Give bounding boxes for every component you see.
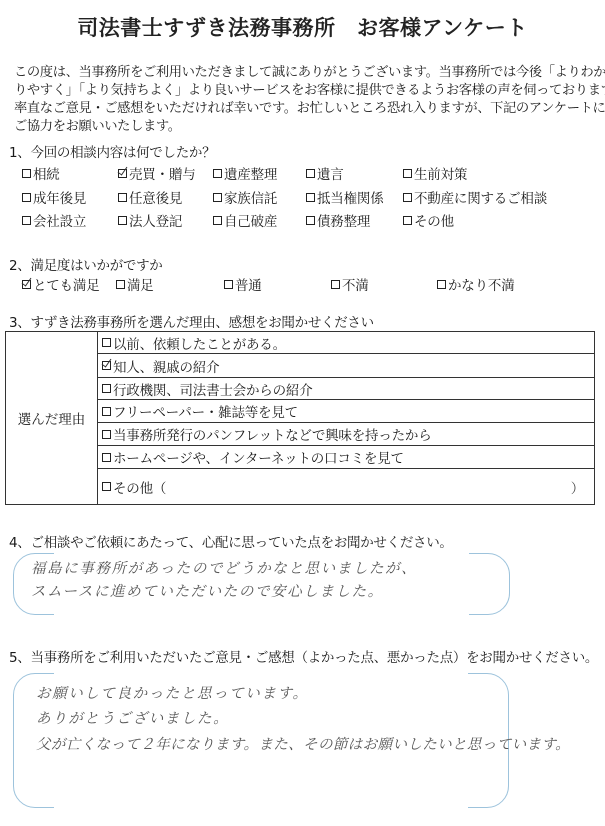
option-label: 行政機関、司法書士会からの紹介 (113, 379, 313, 399)
checkbox-icon[interactable] (306, 216, 315, 225)
option-label: 満足 (127, 274, 154, 294)
option-label: 相続 (33, 163, 60, 183)
checkbox-icon[interactable] (331, 280, 340, 289)
q1-option-seinen-kouken[interactable]: 成年後見 (22, 187, 86, 207)
q1-option-isan-seiri[interactable]: 遺産整理 (213, 163, 277, 183)
q1-option-teitouken[interactable]: 抵当権関係 (306, 187, 384, 207)
option-label: 債務整理 (317, 210, 370, 230)
checkbox-icon[interactable] (213, 169, 222, 178)
option-label: 売買・贈与 (129, 163, 196, 183)
checkbox-icon[interactable] (224, 280, 233, 289)
q2-option-manzoku[interactable]: 満足 (116, 274, 154, 294)
checkbox-icon[interactable] (306, 193, 315, 202)
checkbox-icon[interactable] (403, 216, 412, 225)
checkbox-icon[interactable] (213, 216, 222, 225)
checkbox-checked-icon[interactable] (22, 280, 31, 289)
option-label: 不満 (342, 274, 369, 294)
q5-answer-line-2: ありがとうございました。 (36, 707, 229, 728)
other-close-paren: ） (571, 477, 584, 497)
q5-answer-line-3: 父が亡くなって２年になります。また、その節はお願いしたいと思っています。 (36, 733, 570, 754)
option-label: 自己破産 (224, 210, 277, 230)
checkbox-icon[interactable] (22, 169, 31, 178)
q1-option-kazoku-shintaku[interactable]: 家族信託 (213, 187, 277, 207)
q1-option-saimu-seiri[interactable]: 債務整理 (306, 210, 370, 230)
q1-option-fudousan[interactable]: 不動産に関するご相談 (403, 187, 547, 207)
reason-option-referral-agency[interactable]: 行政機関、司法書士会からの紹介 (98, 378, 594, 400)
checkbox-icon[interactable] (118, 216, 127, 225)
q1-option-kaisha-setsuritsu[interactable]: 会社設立 (22, 210, 86, 230)
reason-option-previous-request[interactable]: 以前、依頼したことがある。 (98, 332, 594, 354)
option-label: 会社設立 (33, 210, 86, 230)
option-label: 不動産に関するご相談 (414, 187, 547, 207)
q1-option-yuigon[interactable]: 遺言 (306, 163, 344, 183)
q1-option-seizen-taisaku[interactable]: 生前対策 (403, 163, 467, 183)
option-label: 任意後見 (129, 187, 182, 207)
checkbox-icon[interactable] (22, 193, 31, 202)
reason-option-free-paper[interactable]: フリーペーパー・雑誌等を見て (98, 400, 594, 423)
option-label: 成年後見 (33, 187, 86, 207)
checkbox-icon[interactable] (437, 280, 446, 289)
q2-option-futsuu[interactable]: 普通 (224, 274, 262, 294)
intro-line-2: りやすく」「より気持ちよく」より良いサービスをお客様に提供できるようお客様の声を… (14, 82, 605, 100)
option-label: 家族信託 (224, 187, 277, 207)
reason-row-label: 選んだ理由 (6, 332, 98, 504)
option-label: 生前対策 (414, 163, 467, 183)
q2-option-fuman[interactable]: 不満 (331, 274, 369, 294)
checkbox-icon[interactable] (116, 280, 125, 289)
reason-table: 選んだ理由 以前、依頼したことがある。 知人、親戚の紹介 行政機関、司法書士会か… (5, 331, 595, 505)
checkbox-checked-icon[interactable] (118, 169, 127, 178)
checkbox-icon[interactable] (102, 384, 111, 393)
q1-heading: 1、今回の相談内容は何でしたか？ (9, 141, 215, 161)
q1-option-nini-kouken[interactable]: 任意後見 (118, 187, 182, 207)
q1-option-houjin-touki[interactable]: 法人登記 (118, 210, 182, 230)
checkbox-checked-icon[interactable] (102, 361, 111, 370)
option-label: フリーペーパー・雑誌等を見て (113, 401, 298, 421)
checkbox-icon[interactable] (403, 193, 412, 202)
checkbox-icon[interactable] (102, 430, 111, 439)
q5-heading: 5、当事務所をご利用いただいたご意見・ご感想（よかった点、悪かった点）をお聞かせ… (9, 646, 598, 666)
checkbox-icon[interactable] (102, 453, 111, 462)
option-label: 遺言 (317, 163, 344, 183)
option-label: 当事務所発行のパンフレットなどで興味を持ったから (113, 424, 432, 444)
q1-option-baibai-zouyo[interactable]: 売買・贈与 (118, 163, 196, 183)
q3-heading: 3、すずき法務事務所を選んだ理由、感想をお聞かせください (9, 311, 374, 331)
q2-option-totemo-manzoku[interactable]: とても満足 (22, 274, 100, 294)
option-label: その他（ (113, 477, 166, 497)
checkbox-icon[interactable] (102, 407, 111, 416)
option-label: 普通 (235, 274, 262, 294)
checkbox-icon[interactable] (403, 169, 412, 178)
option-label: 抵当権関係 (317, 187, 384, 207)
option-label: 知人、親戚の紹介 (113, 356, 219, 376)
q2-heading: 2、満足度はいかがですか (9, 254, 163, 274)
q1-option-sonota[interactable]: その他 (403, 210, 454, 230)
option-label: 法人登記 (129, 210, 182, 230)
option-label: ホームページや、インターネットの口コミを見て (113, 447, 404, 467)
option-label: かなり不満 (448, 274, 515, 294)
checkbox-icon[interactable] (102, 482, 111, 491)
checkbox-icon[interactable] (22, 216, 31, 225)
checkbox-icon[interactable] (102, 338, 111, 347)
intro-line-3: 率直なご意見・ご感想をいただければ幸いです。お忙しいところ恐れ入りますが、下記の… (14, 100, 605, 118)
q5-answer-line-1: お願いして良かったと思っています。 (36, 682, 309, 703)
intro-line-1: この度は、当事務所をご利用いただきまして誠にありがとうございます。当事務所では今… (14, 64, 605, 82)
checkbox-icon[interactable] (213, 193, 222, 202)
page-title: 司法書士すずき法務事務所 お客様アンケート (0, 12, 605, 42)
option-label: その他 (414, 210, 454, 230)
checkbox-icon[interactable] (118, 193, 127, 202)
reason-option-other[interactable]: その他（） (98, 469, 594, 504)
q2-option-kanari-fuman[interactable]: かなり不満 (437, 274, 515, 294)
option-label: とても満足 (33, 274, 100, 294)
intro-line-4: ご協力をお願いいたします。 (14, 118, 181, 136)
checkbox-icon[interactable] (306, 169, 315, 178)
q1-option-jiko-hasan[interactable]: 自己破産 (213, 210, 277, 230)
q1-option-souzoku[interactable]: 相続 (22, 163, 60, 183)
q4-answer-line-1: 福島に事務所があったのでどうかなと思いましたが、 (31, 557, 417, 578)
option-label: 以前、依頼したことがある。 (113, 333, 286, 353)
q4-heading: 4、ご相談やご依頼にあたって、心配に思っていた点をお聞かせください。 (9, 531, 453, 551)
q4-answer-line-2: スムースに進めていただいたので安心しました。 (31, 580, 384, 601)
reason-option-website[interactable]: ホームページや、インターネットの口コミを見て (98, 446, 594, 469)
reason-option-referral-acquaintance[interactable]: 知人、親戚の紹介 (98, 354, 594, 378)
reason-option-pamphlet[interactable]: 当事務所発行のパンフレットなどで興味を持ったから (98, 423, 594, 446)
option-label: 遺産整理 (224, 163, 277, 183)
